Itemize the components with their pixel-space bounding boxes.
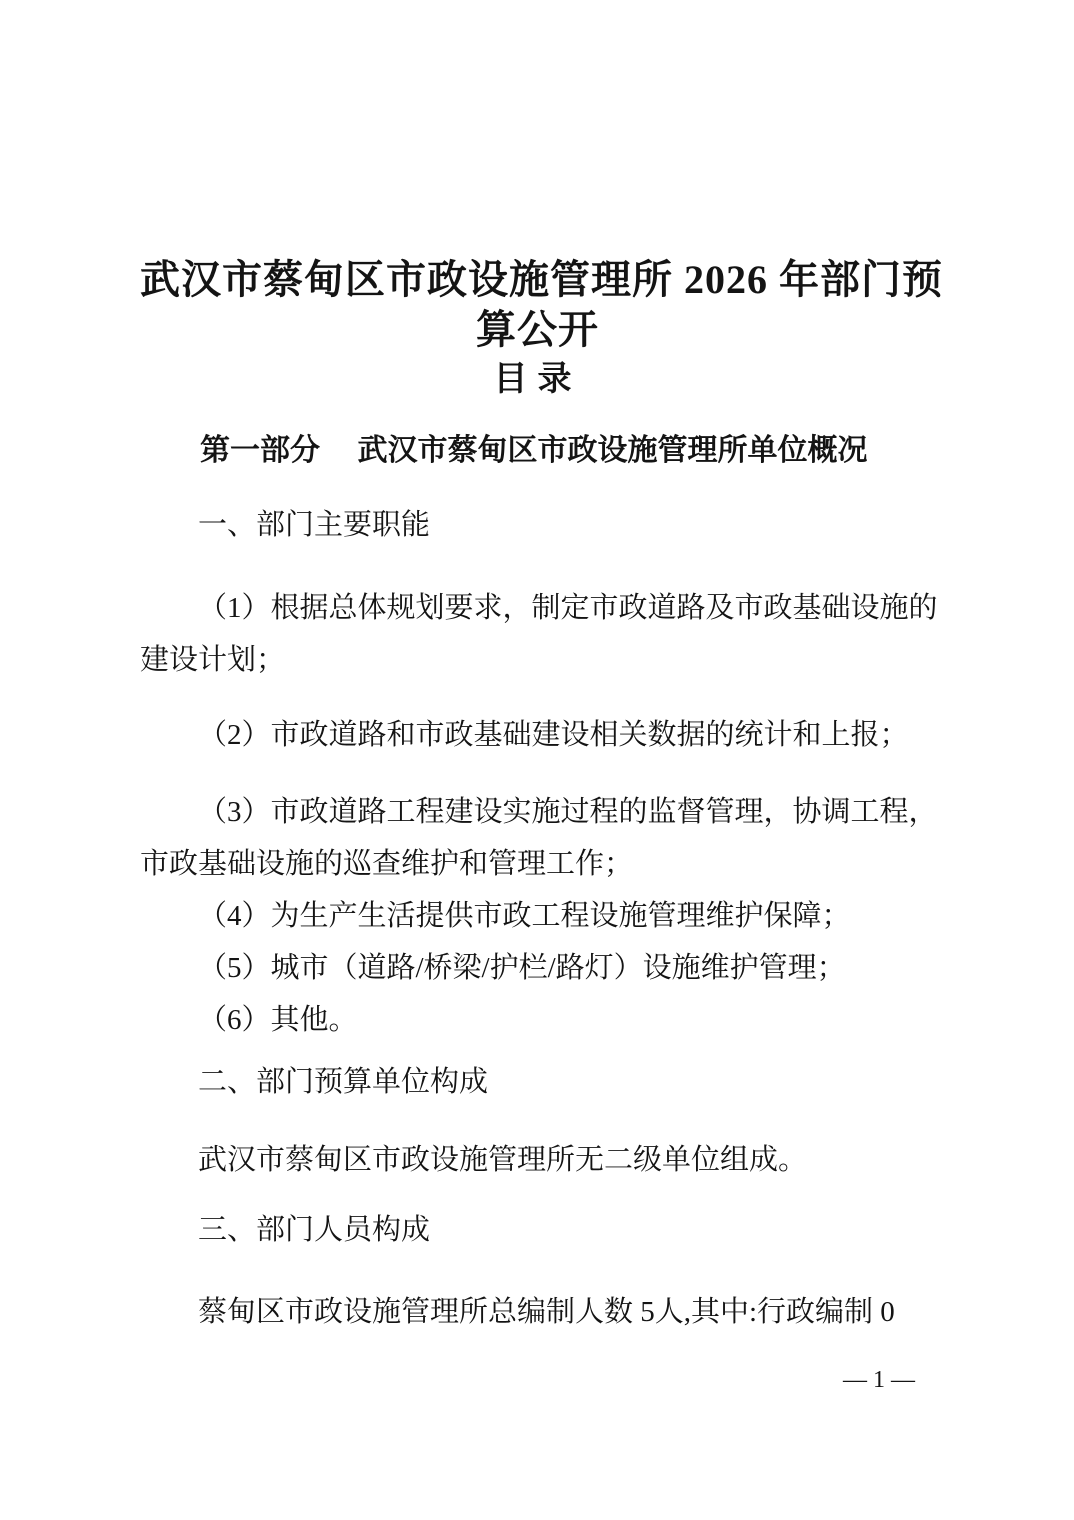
paragraph-function-2: （2）市政道路和市政基础建设相关数据的统计和上报；: [140, 709, 935, 761]
paragraph-unit-composition: 武汉市蔡甸区市政设施管理所无二级单位组成。: [140, 1134, 935, 1186]
text-line: 二、部门预算单位构成: [140, 1056, 935, 1108]
document-title-line1: 武汉市蔡甸区市政设施管理所 2026 年部门预: [140, 255, 935, 305]
text-line: 市政基础设施的巡查维护和管理工作；: [140, 838, 935, 890]
document-page: 武汉市蔡甸区市政设施管理所 2026 年部门预 算公开 目录 第一部分 武汉市蔡…: [0, 0, 1074, 1520]
text-line: 建设计划；: [140, 634, 935, 686]
text-line: （2）市政道路和市政基础建设相关数据的统计和上报；: [140, 709, 935, 761]
text-line: 蔡甸区市政设施管理所总编制人数 5人,其中:行政编制 0: [140, 1286, 935, 1338]
text-line: 三、部门人员构成: [140, 1204, 935, 1256]
paragraph-function-5: （5）城市（道路/桥梁/护栏/路灯）设施维护管理；: [140, 942, 935, 994]
page-number: — 1 —: [140, 1363, 935, 1397]
text-line: 一、部门主要职能: [140, 499, 935, 551]
paragraph-function-4: （4）为生产生活提供市政工程设施管理维护保障；: [140, 890, 935, 942]
text-line: （1）根据总体规划要求，制定市政道路及市政基础设施的: [140, 582, 935, 634]
part1-heading: 第一部分 武汉市蔡甸区市政设施管理所单位概况: [140, 430, 935, 472]
document-title-line2: 算公开: [140, 305, 935, 355]
paragraph-function-1: （1）根据总体规划要求，制定市政道路及市政基础设施的 建设计划；: [140, 582, 935, 686]
subsection-2-heading: 二、部门预算单位构成: [140, 1056, 935, 1108]
paragraph-function-3: （3）市政道路工程建设实施过程的监督管理，协调工程， 市政基础设施的巡查维护和管…: [140, 786, 935, 890]
subsection-1-heading: 一、部门主要职能: [140, 499, 935, 551]
document-title: 武汉市蔡甸区市政设施管理所 2026 年部门预 算公开: [140, 255, 935, 355]
text-line: （3）市政道路工程建设实施过程的监督管理，协调工程，: [140, 786, 935, 838]
toc-heading: 目录: [140, 358, 935, 402]
paragraph-staff-composition: 蔡甸区市政设施管理所总编制人数 5人,其中:行政编制 0: [140, 1286, 935, 1338]
text-line: 武汉市蔡甸区市政设施管理所无二级单位组成。: [140, 1134, 935, 1186]
text-line: （4）为生产生活提供市政工程设施管理维护保障；: [140, 890, 935, 942]
paragraph-function-6: （6）其他。: [140, 994, 935, 1046]
text-line: （6）其他。: [140, 994, 935, 1046]
subsection-3-heading: 三、部门人员构成: [140, 1204, 935, 1256]
text-line: （5）城市（道路/桥梁/护栏/路灯）设施维护管理；: [140, 942, 935, 994]
